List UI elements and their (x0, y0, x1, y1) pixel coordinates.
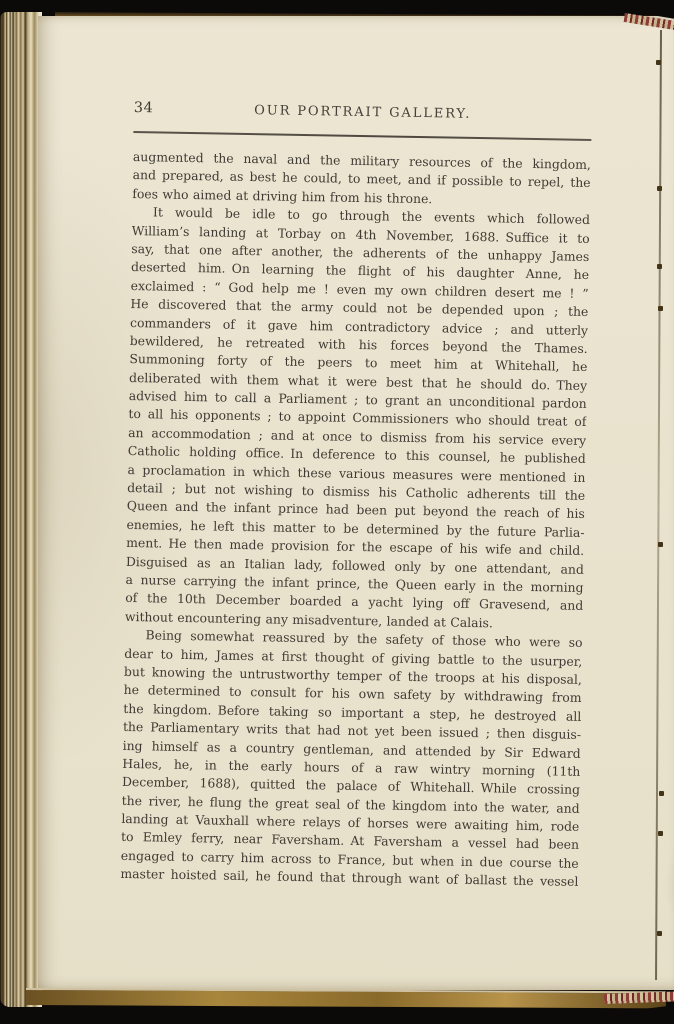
paragraph: It would be idle to go through the event… (125, 203, 590, 634)
paragraph: augmented the naval and the military res… (132, 148, 591, 211)
page-content: 34 OUR PORTRAIT GALLERY. augmented the n… (120, 98, 592, 891)
stitch-mark (659, 791, 664, 796)
page-edge-stack (0, 12, 42, 1007)
header-rule (133, 131, 591, 141)
stitch-mark (657, 264, 662, 269)
stitch-mark (658, 306, 663, 311)
stitch-mark (656, 60, 661, 65)
paragraph: Being somewhat reassured by the safety o… (120, 626, 582, 891)
running-header: OUR PORTRAIT GALLERY. (134, 101, 592, 124)
stitch-mark (657, 931, 662, 936)
page-crease (655, 30, 661, 980)
book-bottom-edge (26, 988, 666, 1008)
stitch-mark (658, 542, 663, 547)
stitch-mark (658, 831, 663, 836)
stitch-mark (657, 186, 662, 191)
book-photo: 34 OUR PORTRAIT GALLERY. augmented the n… (0, 0, 674, 1024)
body-text: augmented the naval and the military res… (120, 148, 591, 892)
